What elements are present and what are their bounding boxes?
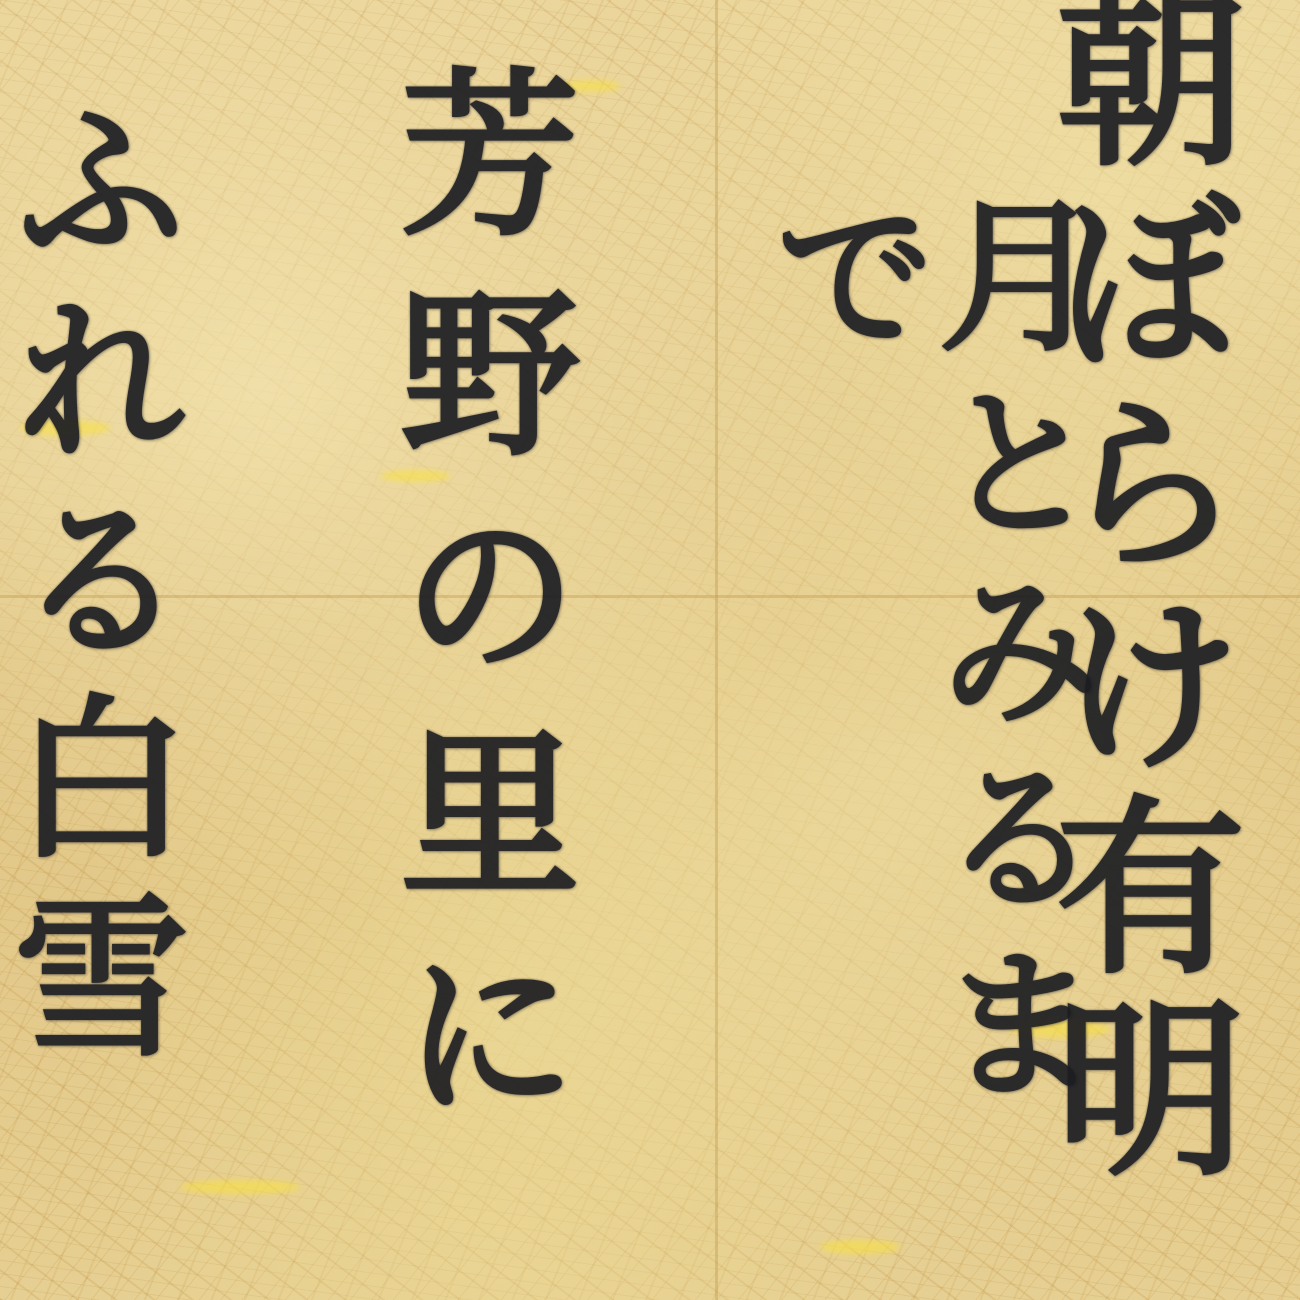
paper-fold-vertical (715, 0, 718, 1300)
yellow-fleck (180, 1180, 300, 1194)
calligraphy-column-2: 月とみるまで (760, 190, 1090, 1300)
calligraphy-column-4: ふれる白雪 (0, 90, 175, 1085)
calligraphy-column-3: 芳野の里に (385, 60, 565, 1160)
